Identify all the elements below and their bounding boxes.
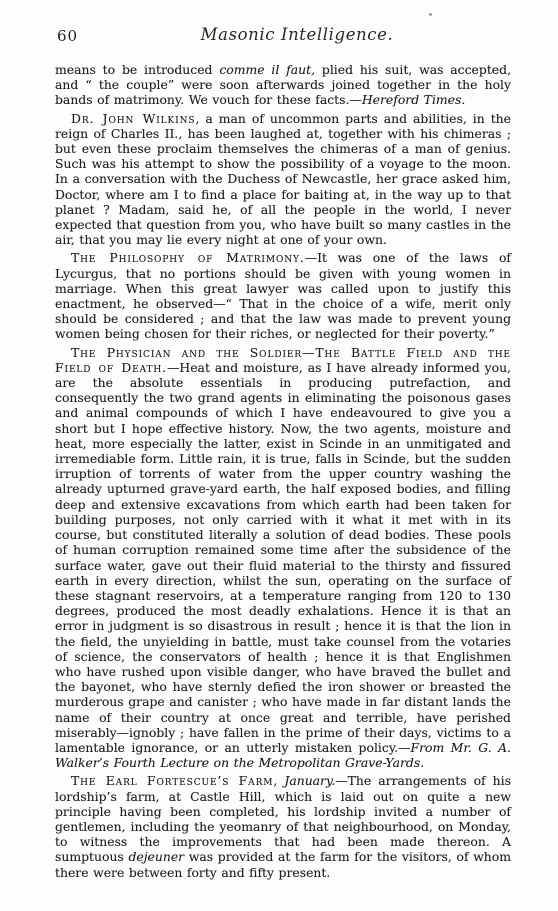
text-segment: means to be introduced bbox=[55, 62, 219, 77]
scanned-page: 60 Masonic Intelligence. means to be int… bbox=[0, 0, 558, 911]
paragraph: The Physician and the Soldier—The Battle… bbox=[55, 345, 511, 771]
paragraph: The Philosophy of Matrimony.—It was one … bbox=[55, 250, 511, 341]
text-segment: , a man of uncommon parts and abilities,… bbox=[55, 111, 511, 248]
text-segment: Dr. John Wilkins bbox=[71, 111, 195, 126]
paragraph: Dr. John Wilkins, a man of uncommon part… bbox=[55, 111, 511, 248]
text-segment: The Philosophy of Matrimony. bbox=[71, 250, 305, 265]
text-segment: Hereford Times. bbox=[362, 92, 465, 107]
text-segment: dejeuner bbox=[128, 849, 184, 864]
text-segment: —Heat and moisture, as I have already in… bbox=[55, 360, 511, 755]
text-segment: comme il faut, bbox=[219, 62, 315, 77]
paragraph: means to be introduced comme il faut, pl… bbox=[55, 62, 511, 108]
running-title: Masonic Intelligence. bbox=[69, 25, 525, 44]
ink-speck bbox=[429, 13, 432, 16]
text-segment: January. bbox=[284, 773, 335, 788]
page-header: 60 Masonic Intelligence. bbox=[55, 25, 511, 47]
text-segment: , bbox=[273, 773, 284, 788]
paragraph: The Earl Fortescue’s Farm, January.—The … bbox=[55, 773, 511, 879]
article-text: means to be introduced comme il faut, pl… bbox=[55, 62, 511, 883]
text-segment: The Earl Fortescue’s Farm bbox=[71, 773, 273, 788]
